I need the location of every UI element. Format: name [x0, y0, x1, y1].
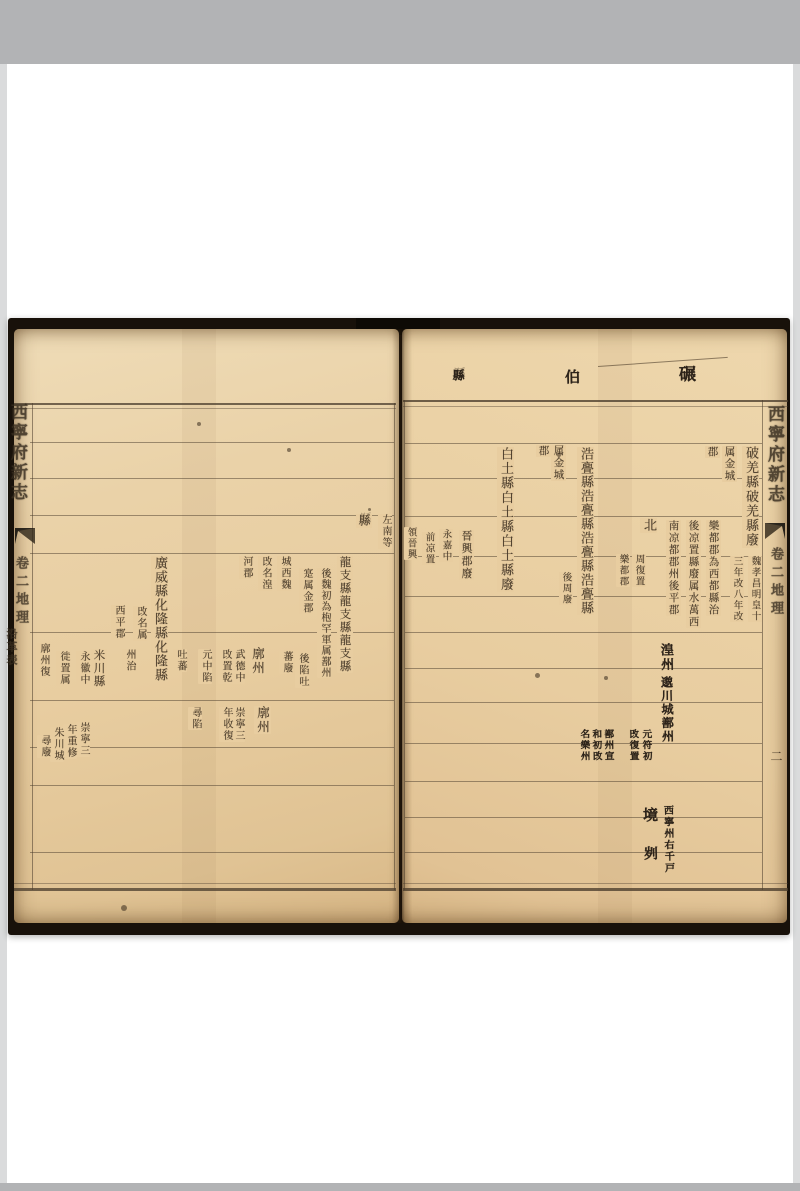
letterbox-bottom-band [0, 1183, 800, 1191]
letterbox-top-band [0, 0, 800, 64]
page-right-recto [402, 329, 787, 923]
scanned-book-photo: 碾伯縣西寧府新志卷二地理二西寧府新志卷二地理沿革表破羌縣破羌縣廢魏孝昌明皇十三年… [0, 0, 800, 1191]
book-spread [8, 318, 790, 935]
backdrop-edge-right [793, 64, 800, 1183]
page-left-verso [14, 329, 399, 923]
center-fold-shadow [392, 329, 412, 923]
backdrop-edge-left [0, 64, 7, 1183]
